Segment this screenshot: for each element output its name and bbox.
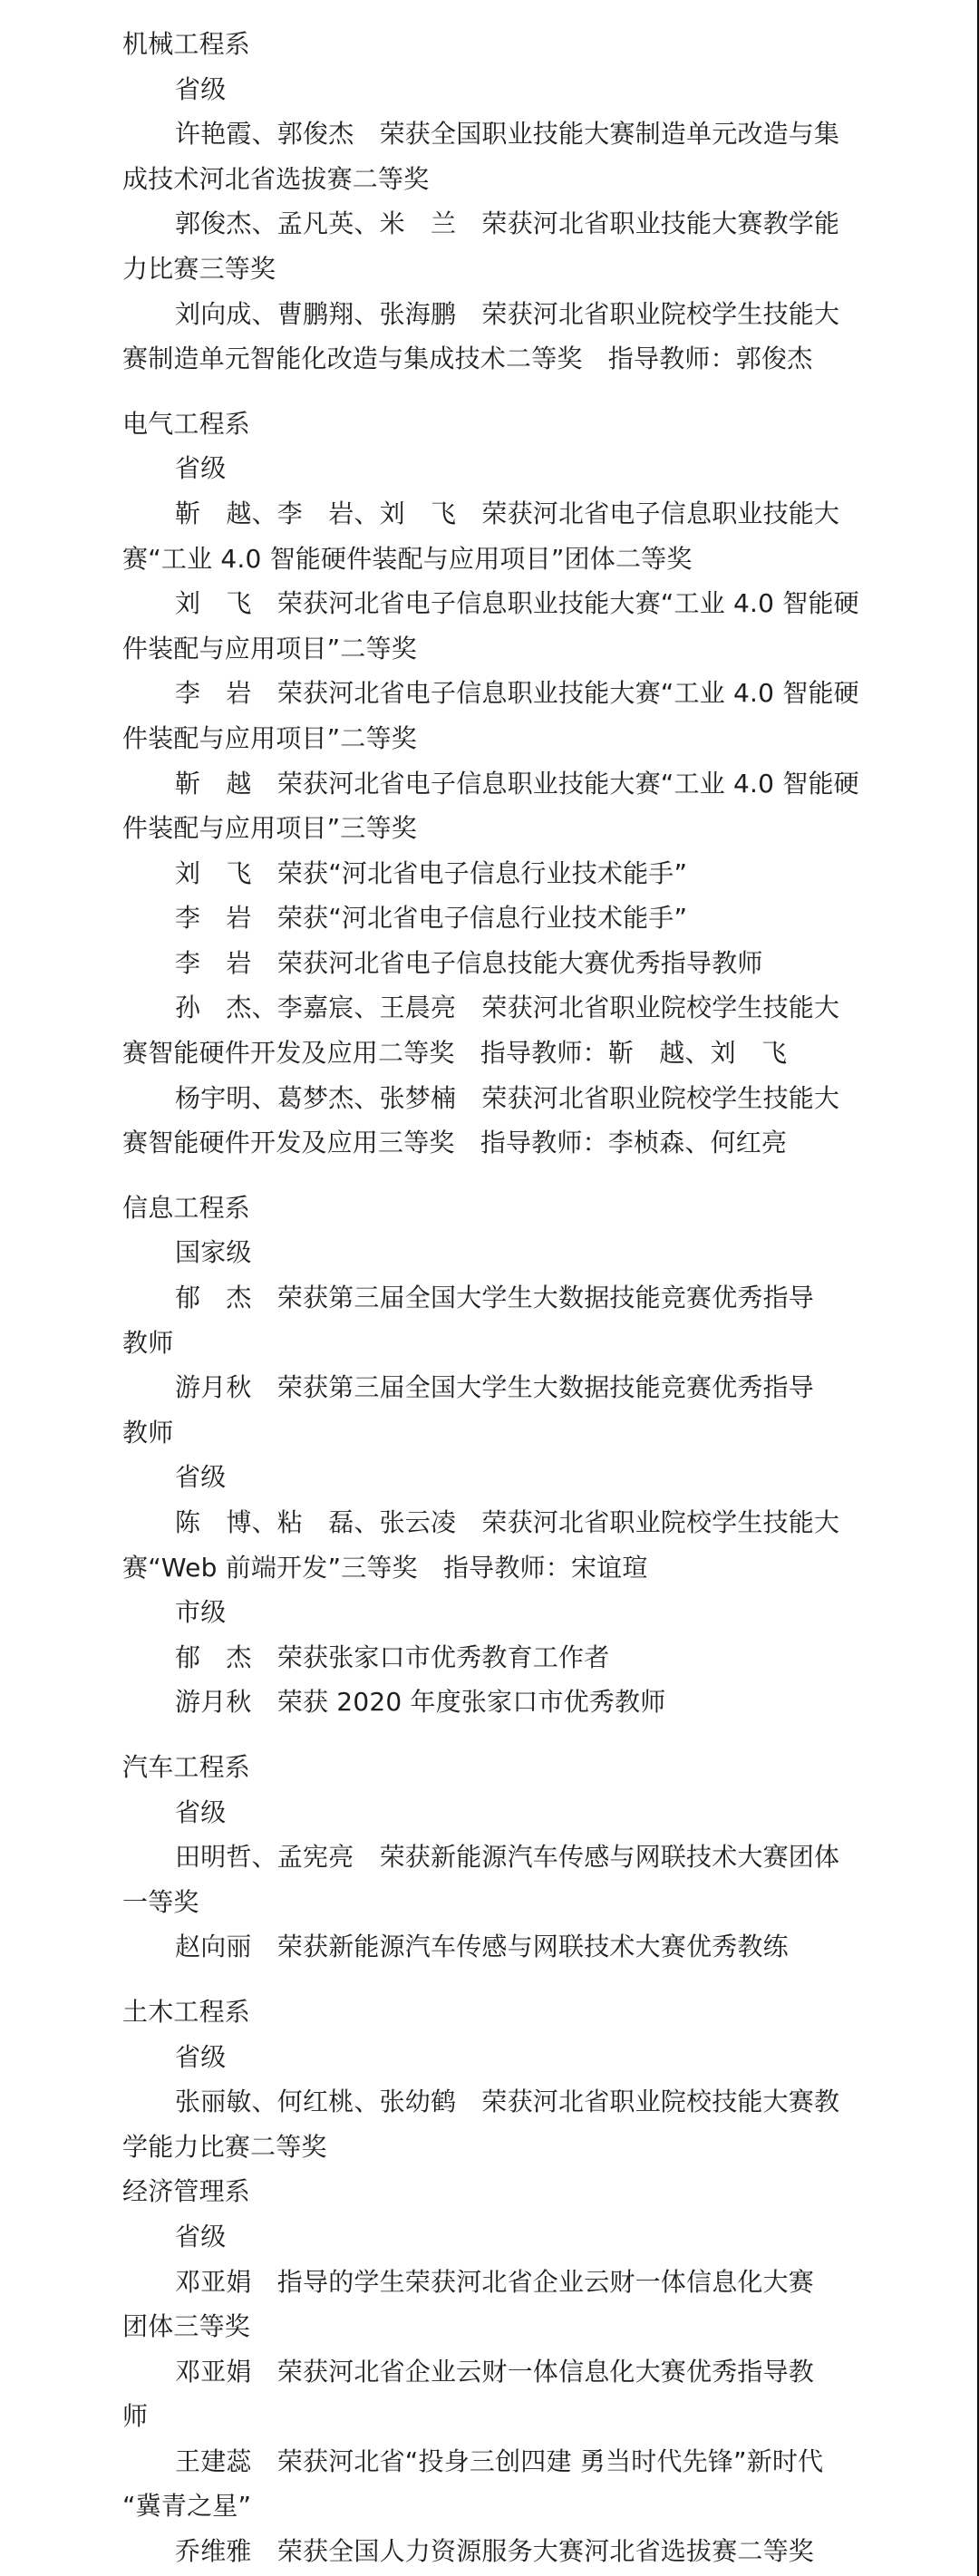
award-entry: 王建蕊 荣获河北省“投身三创四建 勇当时代先锋”新时代	[122, 2439, 861, 2484]
level-heading: 市级	[122, 1590, 861, 1635]
department-heading: 经济管理系	[122, 2169, 861, 2214]
award-entry: 李 岩 荣获“河北省电子信息行业技术能手”	[122, 896, 861, 941]
award-entry: 杨宇明、葛梦杰、张梦楠 荣获河北省职业院校学生技能大	[122, 1076, 861, 1121]
award-entry: 郁 杰 荣获张家口市优秀教育工作者	[122, 1635, 861, 1680]
department-heading: 信息工程系	[122, 1186, 861, 1231]
section-electrical-engineering: 电气工程系 省级 靳 越、李 岩、刘 飞 荣获河北省电子信息职业技能大 赛“工业…	[122, 402, 861, 1166]
award-entry-continued: 一等奖	[122, 1880, 861, 1925]
section-mechanical-engineering: 机械工程系 省级 许艳霞、郭俊杰 荣获全国职业技能大赛制造单元改造与集 成技术河…	[122, 22, 861, 382]
department-heading: 电气工程系	[122, 402, 861, 447]
award-entry: 游月秋 荣获 2020 年度张家口市优秀教师	[122, 1680, 861, 1725]
award-entry: 乔维雅 荣获全国人力资源服务大赛河北省选拔赛二等奖	[122, 2529, 861, 2574]
award-entry: 靳 越 荣获河北省电子信息职业技能大赛“工业 4.0 智能硬	[122, 761, 861, 807]
level-heading: 省级	[122, 446, 861, 491]
award-entry-continued: 赛智能硬件开发及应用二等奖 指导教师：靳 越、刘 飞	[122, 1031, 861, 1076]
award-entry: 郁 杰 荣获第三届全国大学生大数据技能竞赛优秀指导	[122, 1275, 861, 1321]
award-entry-continued: 成技术河北省选拔赛二等奖	[122, 157, 861, 202]
level-heading: 省级	[122, 1455, 861, 1500]
award-entry: 李 岩 荣获河北省电子信息技能大赛优秀指导教师	[122, 941, 861, 986]
department-heading: 机械工程系	[122, 22, 861, 67]
award-entry: 田明哲、孟宪亮 荣获新能源汽车传感与网联技术大赛团体	[122, 1835, 861, 1880]
document-page: 机械工程系 省级 许艳霞、郭俊杰 荣获全国职业技能大赛制造单元改造与集 成技术河…	[0, 0, 979, 2576]
award-entry-continued: 赛“工业 4.0 智能硬件装配与应用项目”团体二等奖	[122, 537, 861, 582]
level-heading: 国家级	[122, 1230, 861, 1275]
award-entry-continued: 赛制造单元智能化改造与集成技术二等奖 指导教师：郭俊杰	[122, 336, 861, 382]
award-entry: 赵向丽 荣获新能源汽车传感与网联技术大赛优秀教练	[122, 1924, 861, 1970]
award-entry-continued: 学能力比赛二等奖	[122, 2125, 861, 2170]
awards-list: 机械工程系 省级 许艳霞、郭俊杰 荣获全国职业技能大赛制造单元改造与集 成技术河…	[122, 22, 861, 2574]
section-automotive-engineering: 汽车工程系 省级 田明哲、孟宪亮 荣获新能源汽车传感与网联技术大赛团体 一等奖 …	[122, 1745, 861, 1970]
level-heading: 省级	[122, 2214, 861, 2260]
award-entry: 邓亚娟 荣获河北省企业云财一体信息化大赛优秀指导教	[122, 2349, 861, 2395]
level-heading: 省级	[122, 1790, 861, 1835]
award-entry: 许艳霞、郭俊杰 荣获全国职业技能大赛制造单元改造与集	[122, 111, 861, 157]
award-entry: 刘 飞 荣获“河北省电子信息行业技术能手”	[122, 851, 861, 896]
award-entry: 邓亚娟 指导的学生荣获河北省企业云财一体信息化大赛	[122, 2260, 861, 2305]
section-information-engineering: 信息工程系 国家级 郁 杰 荣获第三届全国大学生大数据技能竞赛优秀指导 教师 游…	[122, 1186, 861, 1725]
award-entry: 陈 博、粘 磊、张云凌 荣获河北省职业院校学生技能大	[122, 1500, 861, 1545]
section-civil-engineering: 土木工程系 省级 张丽敏、何红桃、张幼鹤 荣获河北省职业院校技能大赛教 学能力比…	[122, 1990, 861, 2169]
award-entry-continued: “冀青之星”	[122, 2484, 861, 2529]
award-entry-continued: 教师	[122, 1410, 861, 1456]
award-entry: 游月秋 荣获第三届全国大学生大数据技能竞赛优秀指导	[122, 1365, 861, 1410]
level-heading: 省级	[122, 67, 861, 112]
award-entry: 郭俊杰、孟凡英、米 兰 荣获河北省职业技能大赛教学能	[122, 201, 861, 247]
award-entry-continued: 师	[122, 2394, 861, 2439]
award-entry: 靳 越、李 岩、刘 飞 荣获河北省电子信息职业技能大	[122, 491, 861, 537]
award-entry: 李 岩 荣获河北省电子信息职业技能大赛“工业 4.0 智能硬	[122, 671, 861, 716]
award-entry-continued: 件装配与应用项目”二等奖	[122, 716, 861, 761]
award-entry-continued: 赛“Web 前端开发”三等奖 指导教师：宋谊瑄	[122, 1545, 861, 1591]
department-heading: 土木工程系	[122, 1990, 861, 2035]
section-economic-management: 经济管理系 省级 邓亚娟 指导的学生荣获河北省企业云财一体信息化大赛 团体三等奖…	[122, 2169, 861, 2573]
award-entry-continued: 件装配与应用项目”三等奖	[122, 806, 861, 851]
award-entry: 刘向成、曹鹏翔、张海鹏 荣获河北省职业院校学生技能大	[122, 292, 861, 337]
award-entry-continued: 赛智能硬件开发及应用三等奖 指导教师：李桢森、何红亮	[122, 1120, 861, 1166]
award-entry-continued: 件装配与应用项目”二等奖	[122, 626, 861, 672]
award-entry: 刘 飞 荣获河北省电子信息职业技能大赛“工业 4.0 智能硬	[122, 581, 861, 626]
award-entry: 张丽敏、何红桃、张幼鹤 荣获河北省职业院校技能大赛教	[122, 2079, 861, 2125]
department-heading: 汽车工程系	[122, 1745, 861, 1790]
level-heading: 省级	[122, 2035, 861, 2080]
award-entry-continued: 力比赛三等奖	[122, 247, 861, 292]
award-entry-continued: 教师	[122, 1321, 861, 1366]
award-entry-continued: 团体三等奖	[122, 2304, 861, 2349]
award-entry: 孙 杰、李嘉宸、王晨亮 荣获河北省职业院校学生技能大	[122, 985, 861, 1031]
